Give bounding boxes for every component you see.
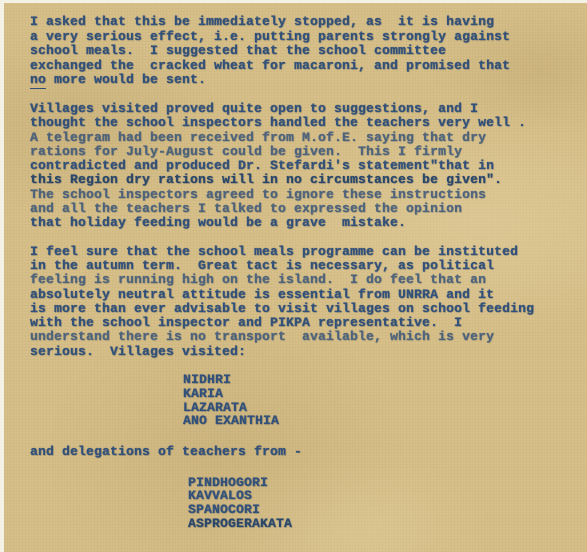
- text-line: exchanged the cracked wheat for macaroni…: [30, 59, 569, 74]
- text-segment: more would be sent.: [46, 72, 206, 87]
- paragraph-villages-visited: Villages visited proved quite open to su…: [30, 102, 569, 231]
- text-line: I feel sure that the school meals progra…: [30, 245, 569, 259]
- delegations-intro-line: and delegations of teachers from -: [30, 445, 569, 460]
- village-list-item: SPANOCORI: [188, 503, 569, 517]
- delegation-villages-list: PINDHOGORI KAVVALOS SPANOCORI ASPROGERAK…: [188, 476, 569, 530]
- village-list-item: PINDHOGORI: [188, 476, 569, 490]
- text-line: thought the school inspectors handled th…: [30, 116, 569, 130]
- text-line: The school inspectors agreed to ignore t…: [30, 188, 569, 202]
- text-line: this Region dry rations will in no circu…: [30, 173, 569, 187]
- text-line: a very serious effect, i.e. putting pare…: [30, 30, 569, 45]
- village-list-item: NIDHRI: [183, 373, 569, 387]
- text-line: absolutely neutral attitude is essential…: [30, 288, 569, 302]
- typewritten-document-page: I asked that this be immediately stopped…: [0, 0, 587, 552]
- text-line: feeling is running high on the island. I…: [30, 273, 569, 287]
- paragraph-school-meals-programme: I feel sure that the school meals progra…: [30, 245, 569, 359]
- text-line: in the autumn term. Great tact is necess…: [30, 259, 569, 273]
- text-line: rations for July-August could be given. …: [30, 145, 569, 159]
- text-line: understand there is no transport availab…: [30, 330, 569, 344]
- village-list-item: LAZARATA: [183, 401, 569, 415]
- text-line: Villages visited proved quite open to su…: [30, 102, 569, 116]
- underlined-word-no: no: [30, 72, 46, 89]
- text-line: and all the teachers I talked to express…: [30, 202, 569, 216]
- village-list-item: KARIA: [183, 387, 569, 401]
- village-list-item: ASPROGERAKATA: [188, 517, 569, 531]
- paragraph-asked-stopped: I asked that this be immediately stopped…: [30, 15, 569, 88]
- text-line: serious. Villages visited:: [30, 345, 569, 359]
- text-line: that holiday feeding would be a grave mi…: [30, 216, 569, 230]
- text-line: I asked that this be immediately stopped…: [30, 15, 569, 30]
- text-line: no more would be sent.: [30, 73, 569, 88]
- text-line: is more than ever advisable to visit vil…: [30, 302, 569, 316]
- text-line: contradicted and produced Dr. Stefardi's…: [30, 159, 569, 173]
- village-list-item: KAVVALOS: [188, 489, 569, 503]
- text-line: with the school inspector and PIKPA repr…: [30, 316, 569, 330]
- village-list-item: ANO EXANTHIA: [183, 414, 569, 428]
- text-line: A telegram had been received from M.of.E…: [30, 131, 569, 145]
- text-line: school meals. I suggested that the schoo…: [30, 44, 569, 59]
- villages-visited-list: NIDHRI KARIA LAZARATA ANO EXANTHIA: [183, 373, 569, 428]
